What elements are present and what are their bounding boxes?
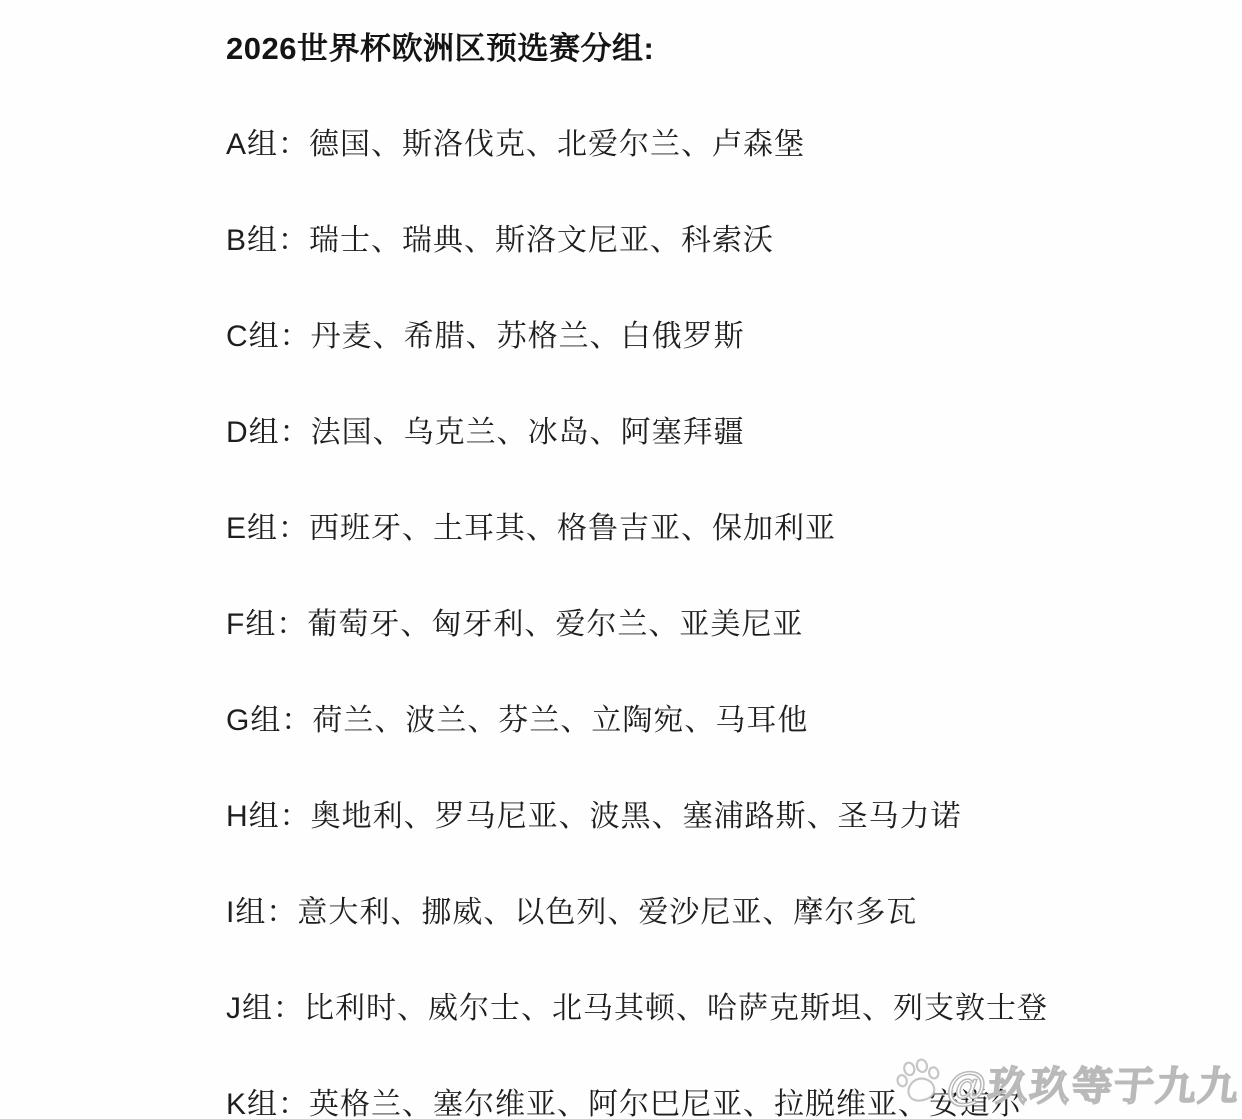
group-line-d: D组：法国、乌克兰、冰岛、阿塞拜疆 bbox=[226, 417, 1242, 449]
group-label: H组： bbox=[226, 800, 311, 833]
group-label: J组： bbox=[226, 992, 304, 1025]
group-line-j: J组：比利时、威尔士、北马其顿、哈萨克斯坦、列支敦士登 bbox=[226, 993, 1242, 1025]
group-line-e: E组：西班牙、土耳其、格鲁吉亚、保加利亚 bbox=[226, 513, 1242, 545]
group-teams: 法国、乌克兰、冰岛、阿塞拜疆 bbox=[311, 416, 745, 449]
group-label: F组： bbox=[226, 608, 307, 641]
group-line-i: I组：意大利、挪威、以色列、爱沙尼亚、摩尔多瓦 bbox=[226, 897, 1242, 929]
group-line-a: A组：德国、斯洛伐克、北爱尔兰、卢森堡 bbox=[226, 129, 1242, 161]
group-teams: 葡萄牙、匈牙利、爱尔兰、亚美尼亚 bbox=[307, 608, 803, 641]
group-label: I组： bbox=[226, 896, 297, 929]
group-line-h: H组：奥地利、罗马尼亚、波黑、塞浦路斯、圣马力诺 bbox=[226, 801, 1242, 833]
group-teams: 瑞士、瑞典、斯洛文尼亚、科索沃 bbox=[309, 224, 774, 257]
group-line-c: C组：丹麦、希腊、苏格兰、白俄罗斯 bbox=[226, 321, 1242, 353]
document-page: 2026世界杯欧洲区预选赛分组: A组：德国、斯洛伐克、北爱尔兰、卢森堡B组：瑞… bbox=[0, 0, 1242, 1119]
group-label: K组： bbox=[226, 1088, 309, 1119]
group-teams: 荷兰、波兰、芬兰、立陶宛、马耳他 bbox=[312, 704, 808, 737]
group-label: G组： bbox=[226, 704, 312, 737]
group-teams: 奥地利、罗马尼亚、波黑、塞浦路斯、圣马力诺 bbox=[311, 800, 962, 833]
group-teams: 西班牙、土耳其、格鲁吉亚、保加利亚 bbox=[309, 512, 836, 545]
group-line-b: B组：瑞士、瑞典、斯洛文尼亚、科索沃 bbox=[226, 225, 1242, 257]
group-label: D组： bbox=[226, 416, 311, 449]
group-teams: 英格兰、塞尔维亚、阿尔巴尼亚、拉脱维亚、安道尔 bbox=[309, 1088, 1022, 1119]
groups-list: A组：德国、斯洛伐克、北爱尔兰、卢森堡B组：瑞士、瑞典、斯洛文尼亚、科索沃C组：… bbox=[226, 129, 1242, 1119]
group-line-k: K组：英格兰、塞尔维亚、阿尔巴尼亚、拉脱维亚、安道尔 bbox=[226, 1089, 1242, 1119]
page-title: 2026世界杯欧洲区预选赛分组: bbox=[226, 33, 1242, 65]
group-label: A组： bbox=[226, 128, 309, 161]
group-teams: 意大利、挪威、以色列、爱沙尼亚、摩尔多瓦 bbox=[297, 896, 917, 929]
group-label: E组： bbox=[226, 512, 309, 545]
group-line-g: G组：荷兰、波兰、芬兰、立陶宛、马耳他 bbox=[226, 705, 1242, 737]
group-teams: 德国、斯洛伐克、北爱尔兰、卢森堡 bbox=[309, 128, 805, 161]
group-line-f: F组：葡萄牙、匈牙利、爱尔兰、亚美尼亚 bbox=[226, 609, 1242, 641]
group-teams: 丹麦、希腊、苏格兰、白俄罗斯 bbox=[311, 320, 745, 353]
group-label: C组： bbox=[226, 320, 311, 353]
group-label: B组： bbox=[226, 224, 309, 257]
group-teams: 比利时、威尔士、北马其顿、哈萨克斯坦、列支敦士登 bbox=[304, 992, 1048, 1025]
